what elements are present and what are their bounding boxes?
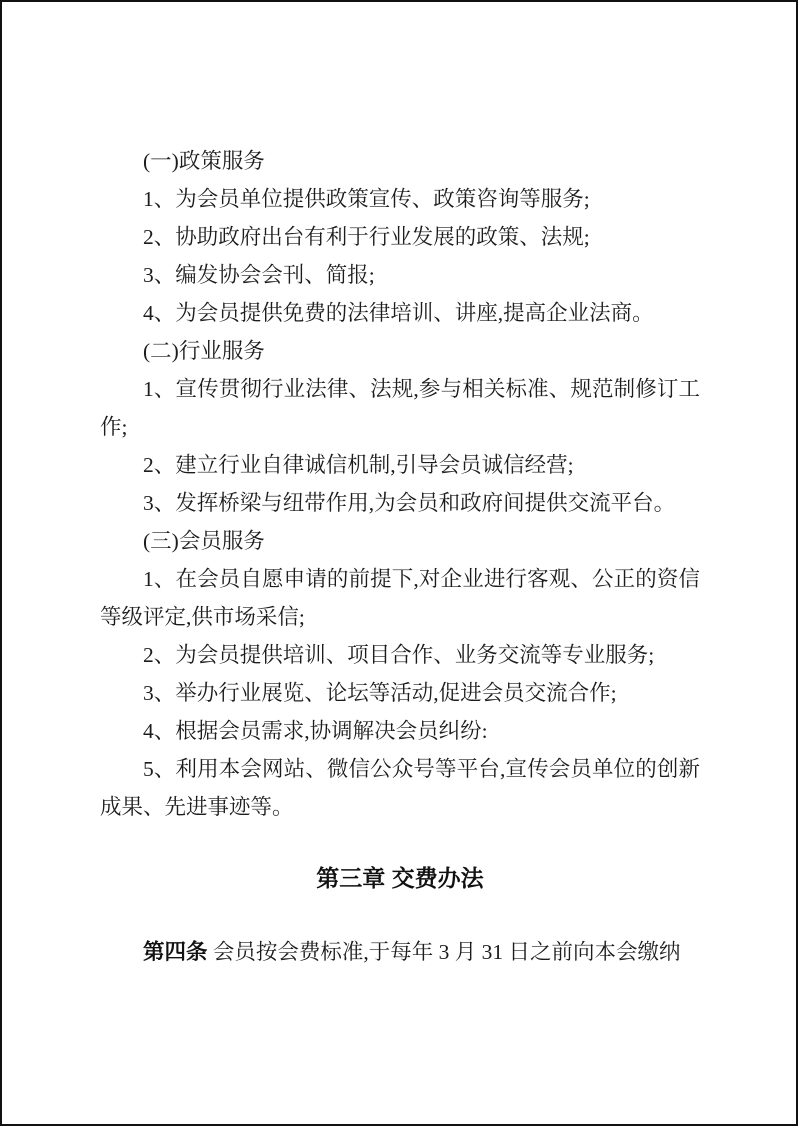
article-4-text: 会员按会费标准,于每年 3 月 31 日之前向本会缴纳 bbox=[208, 940, 681, 964]
section-2-heading: (二)行业服务 bbox=[100, 332, 700, 370]
section-1-item-3: 3、编发协会会刊、简报; bbox=[100, 256, 700, 294]
section-3-item-1: 1、在会员自愿申请的前提下,对企业进行客观、公正的资信等级评定,供市场采信; bbox=[100, 560, 700, 636]
section-3-item-2: 2、为会员提供培训、项目合作、业务交流等专业服务; bbox=[100, 636, 700, 674]
section-1-item-1: 1、为会员单位提供政策宣传、政策咨询等服务; bbox=[100, 180, 700, 218]
chapter-heading: 第三章 交费办法 bbox=[100, 859, 700, 897]
section-3-item-3: 3、举办行业展览、论坛等活动,促进会员交流合作; bbox=[100, 674, 700, 712]
section-1-heading: (一)政策服务 bbox=[100, 142, 700, 180]
article-4-paragraph: 第四条 会员按会费标准,于每年 3 月 31 日之前向本会缴纳 bbox=[100, 933, 700, 971]
article-4-label: 第四条 bbox=[143, 940, 208, 964]
section-3-item-4: 4、根据会员需求,协调解决会员纠纷: bbox=[100, 712, 700, 750]
section-2-item-3: 3、发挥桥梁与纽带作用,为会员和政府间提供交流平台。 bbox=[100, 484, 700, 522]
section-3-heading: (三)会员服务 bbox=[100, 522, 700, 560]
section-2-item-1: 1、宣传贯彻行业法律、法规,参与相关标准、规范制修订工作; bbox=[100, 370, 700, 446]
document-body: (一)政策服务 1、为会员单位提供政策宣传、政策咨询等服务; 2、协助政府出台有… bbox=[100, 142, 700, 971]
section-2-item-2: 2、建立行业自律诚信机制,引导会员诚信经营; bbox=[100, 446, 700, 484]
section-3-item-5: 5、利用本会网站、微信公众号等平台,宣传会员单位的创新成果、先进事迹等。 bbox=[100, 750, 700, 826]
document-page: (一)政策服务 1、为会员单位提供政策宣传、政策咨询等服务; 2、协助政府出台有… bbox=[0, 0, 800, 1131]
section-1-item-2: 2、协助政府出台有利于行业发展的政策、法规; bbox=[100, 218, 700, 256]
section-1-item-4: 4、为会员提供免费的法律培训、讲座,提高企业法商。 bbox=[100, 294, 700, 332]
